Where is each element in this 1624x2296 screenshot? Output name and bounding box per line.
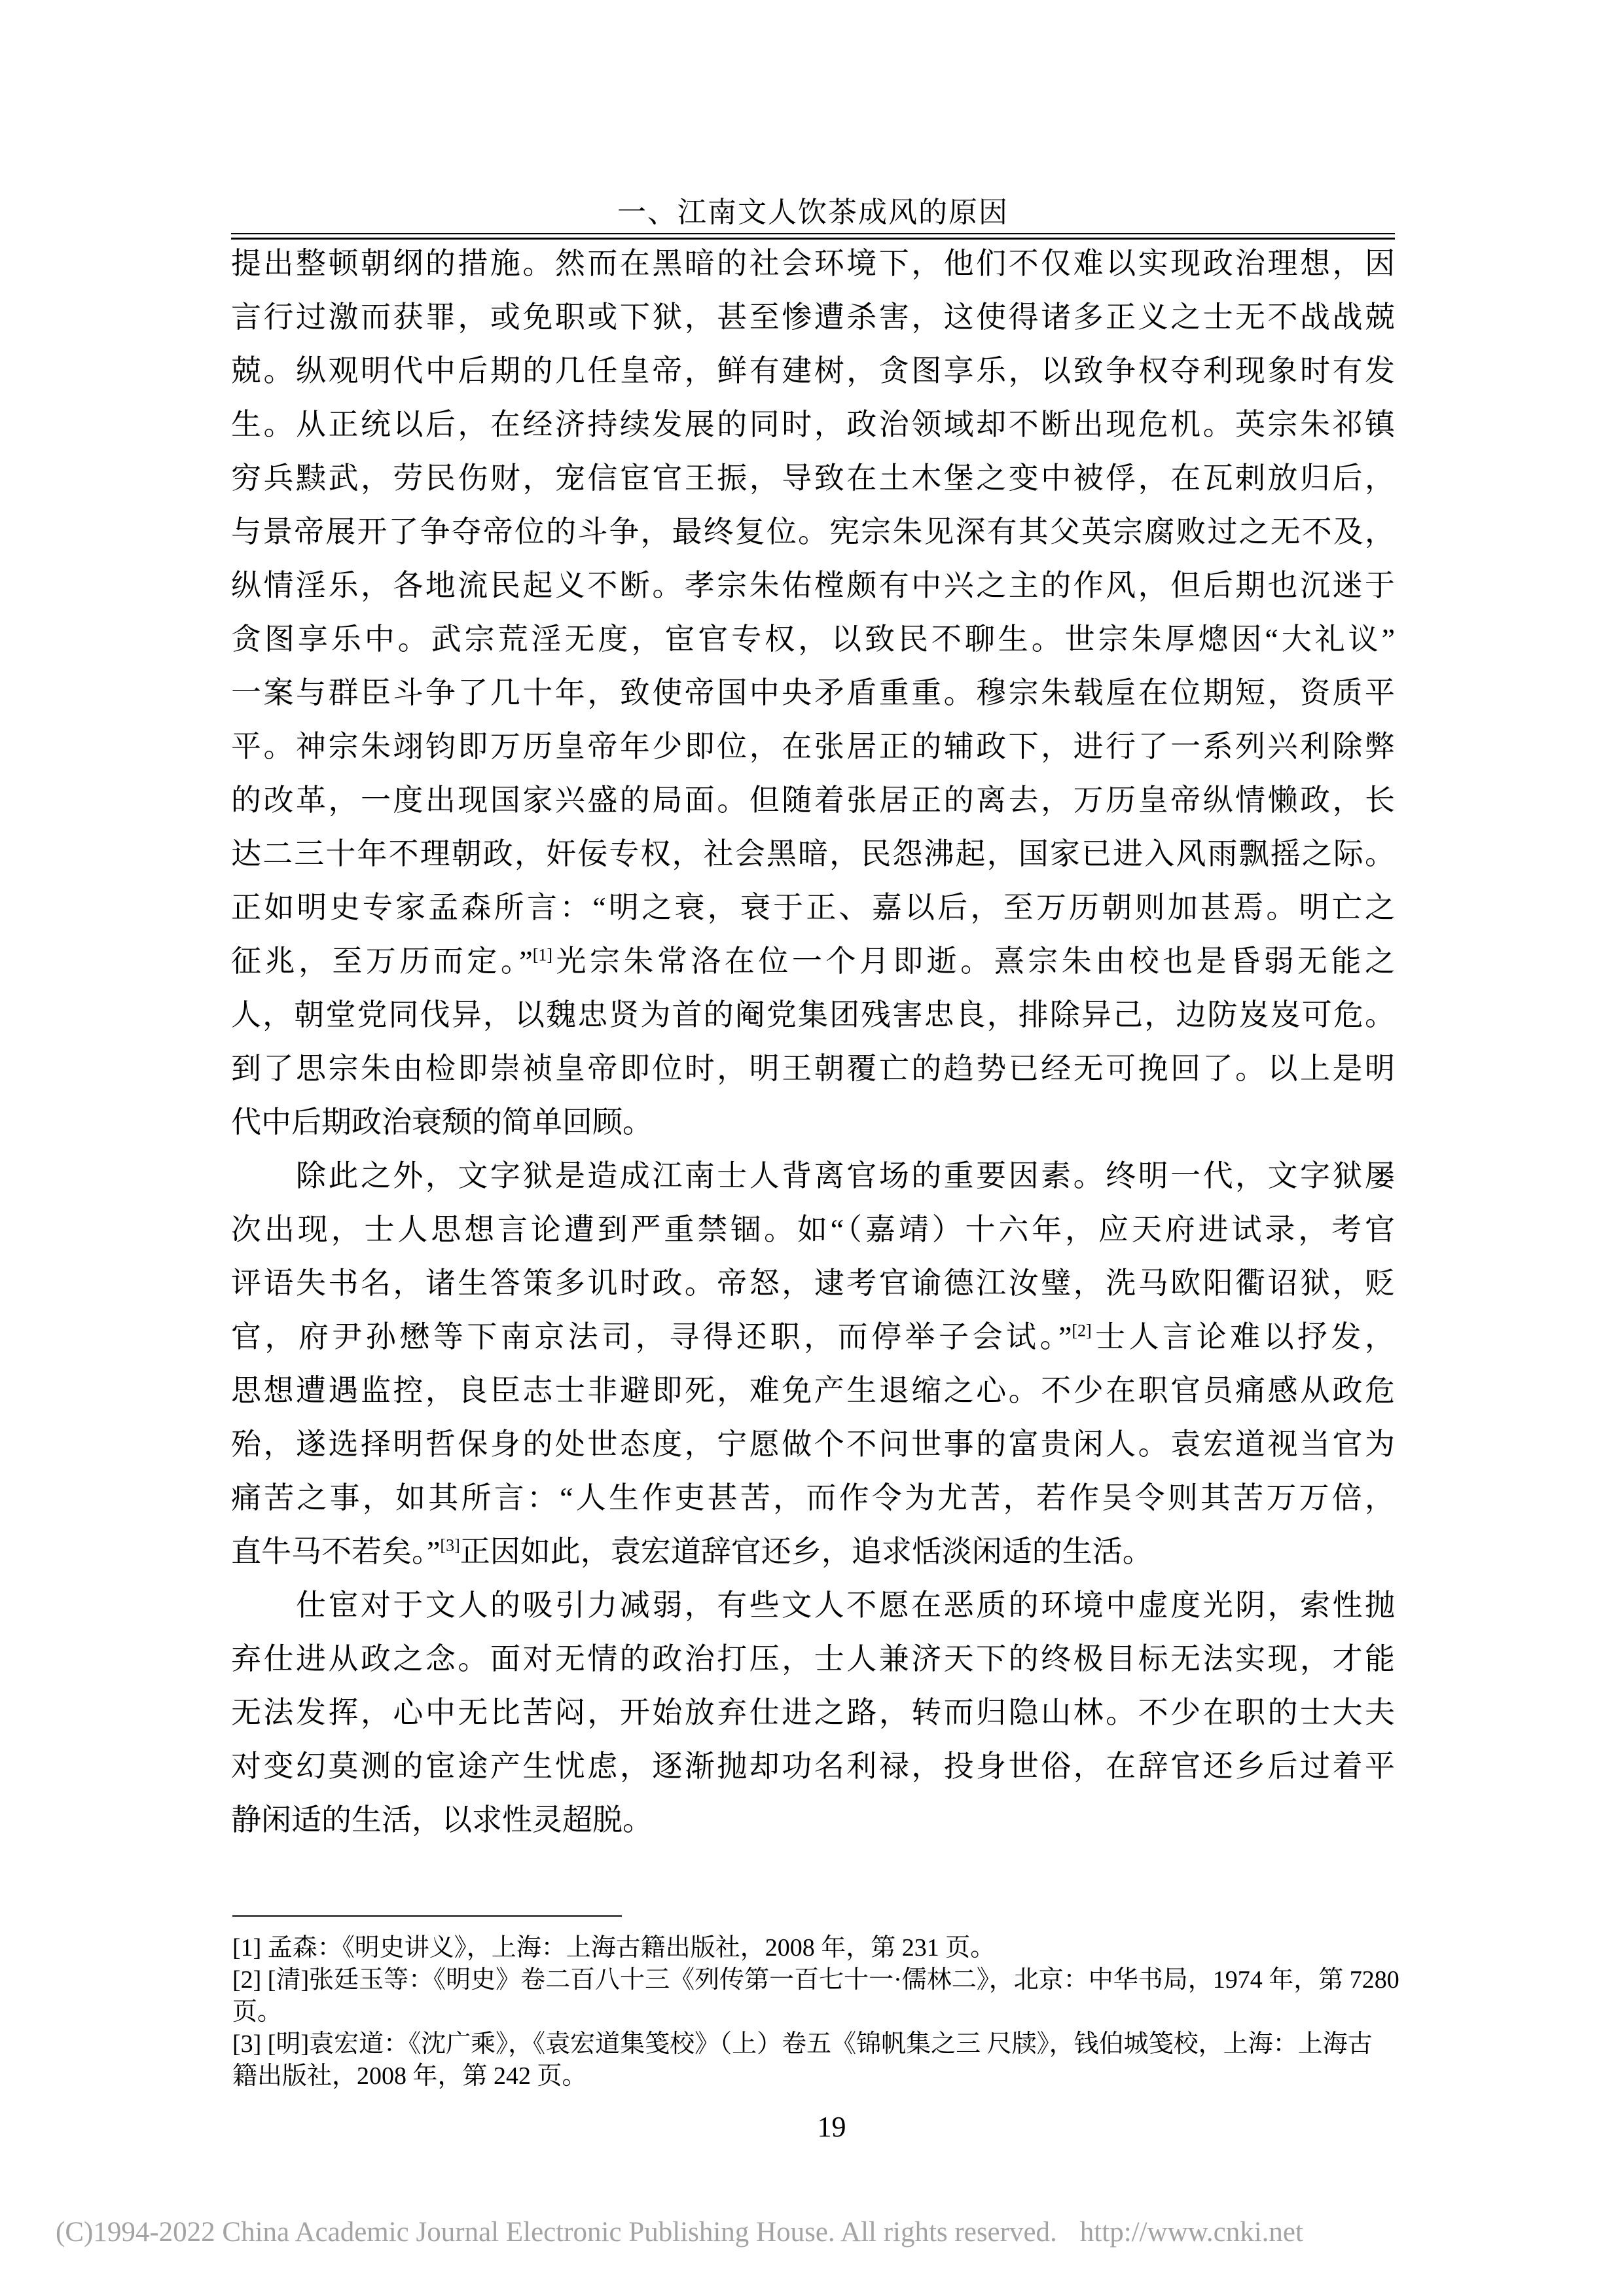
body-line: 思想遭遇监控，良臣志士非避即死，难免产生退缩之心。不少在职官员痛感从政危 [231, 1364, 1395, 1418]
footnote-line: [1] 孟森：《明史讲义》，上海：上海古籍出版社，2008 年，第 231 页。 [232, 1932, 1396, 1964]
body-line: 次出现，士人思想言论遭到严重禁锢。如“（嘉靖）十六年，应天府进试录，考官 [231, 1203, 1395, 1257]
body-line: 直牛马不若矣。”[3]正因如此，袁宏道辞官还乡，追求恬淡闲适的生活。 [231, 1525, 1395, 1579]
body-line: 兢。纵观明代中后期的几任皇帝，鲜有建树，贪图享乐，以致争权夺利现象时有发 [231, 344, 1395, 398]
body-line: 平。神宗朱翊钧即万历皇帝年少即位，在张居正的辅政下，进行了一系列兴利除弊 [231, 720, 1395, 774]
footnote-line: [3] [明]袁宏道：《沈广乘》，《袁宏道集笺校》（上）卷五《锦帆集之三 尺牍》… [232, 2028, 1396, 2060]
footnote-reference: [1] [533, 946, 552, 965]
footnotes: [1] 孟森：《明史讲义》，上海：上海古籍出版社，2008 年，第 231 页。… [232, 1932, 1396, 2092]
body-line: 痛苦之事，如其所言：“人生作吏甚苦，而作令为尤苦，若作吴令则其苦万万倍， [231, 1471, 1395, 1525]
body-line: 到了思宗朱由检即崇祯皇帝即位时，明王朝覆亡的趋势已经无可挽回了。以上是明 [231, 1042, 1395, 1096]
body-line: 提出整顿朝纲的措施。然而在黑暗的社会环境下，他们不仅难以实现政治理想，因 [231, 237, 1395, 291]
copyright-footer: (C)1994-2022 China Academic Journal Elec… [56, 2216, 1568, 2248]
body-line: 穷兵黩武，劳民伤财，宠信宦官王振，导致在土木堡之变中被俘，在瓦剌放归后， [231, 452, 1395, 505]
body-line: 弃仕进从政之念。面对无情的政治打压，士人兼济天下的终极目标无法实现，才能 [231, 1632, 1395, 1686]
body-line: 与景帝展开了争夺帝位的斗争，最终复位。宪宗朱见深有其父英宗腐败过之无不及， [231, 505, 1395, 559]
running-head: 一、江南文人饮茶成风的原因 [231, 195, 1395, 230]
body-line: 代中后期政治衰颓的简单回顾。 [231, 1096, 1395, 1149]
body-line: 除此之外，文字狱是造成江南士人背离官场的重要因素。终明一代，文字狱屡 [231, 1149, 1395, 1203]
body-line: 静闲适的生活，以求性灵超脱。 [231, 1793, 1395, 1847]
body-line: 言行过激而获罪，或免职或下狱，甚至惨遭杀害，这使得诸多正义之士无不战战兢 [231, 291, 1395, 344]
body-line: 征兆，至万历而定。”[1]光宗朱常洛在位一个月即逝。熹宗朱由校也是昏弱无能之 [231, 935, 1395, 988]
body-line: 人，朝堂党同伐异，以魏忠贤为首的阉党集团残害忠良，排除异己，边防岌岌可危。 [231, 988, 1395, 1042]
footnote-line: 籍出版社，2008 年，第 242 页。 [232, 2060, 1396, 2092]
footnote-line: [2] [清]张廷玉等：《明史》卷二百八十三《列传第一百七十一·儒林二》，北京：… [232, 1964, 1396, 1996]
body-line: 评语失书名，诸生答策多讥时政。帝怒，逮考官谕德江汝璧，洗马欧阳衢诏狱，贬 [231, 1257, 1395, 1310]
body-line: 的改革，一度出现国家兴盛的局面。但随着张居正的离去，万历皇帝纵情懒政，长 [231, 774, 1395, 827]
body-line: 一案与群臣斗争了几十年，致使帝国中央矛盾重重。穆宗朱载垕在位期短，资质平 [231, 666, 1395, 720]
body-line: 无法发挥，心中无比苦闷，开始放弃仕进之路，转而归隐山林。不少在职的士大夫 [231, 1686, 1395, 1740]
page-number: 19 [0, 2110, 1624, 2144]
body-line: 生。从正统以后，在经济持续发展的同时，政治领域却不断出现危机。英宗朱祁镇 [231, 398, 1395, 452]
body-line: 对变幻莫测的宦途产生忧虑，逐渐抛却功名利禄，投身世俗，在辞官还乡后过着平 [231, 1740, 1395, 1793]
body-line: 达二三十年不理朝政，奸佞专权，社会黑暗，民怨沸起，国家已进入风雨飘摇之际。 [231, 827, 1395, 881]
footnote-line: 页。 [232, 1996, 1396, 2028]
body-line: 官，府尹孙懋等下南京法司，寻得还职，而停举子会试。”[2]士人言论难以抒发， [231, 1310, 1395, 1364]
document-page: 一、江南文人饮茶成风的原因 提出整顿朝纲的措施。然而在黑暗的社会环境下，他们不仅… [0, 0, 1624, 2296]
footnote-separator [232, 1915, 622, 1917]
body-line: 贪图享乐中。武宗荒淫无度，宦官专权，以致民不聊生。世宗朱厚熜因“大礼议” [231, 613, 1395, 666]
footnote-reference: [2] [1072, 1321, 1091, 1340]
copyright-notice: (C)1994-2022 China Academic Journal Elec… [56, 2217, 1057, 2248]
body-line: 仕宦对于文人的吸引力减弱，有些文人不愿在恶质的环境中虚度光阴，索性抛 [231, 1579, 1395, 1632]
cnki-url: http://www.cnki.net [1080, 2217, 1303, 2248]
body-line: 正如明史专家孟森所言：“明之衰，衰于正、嘉以后，至万历朝则加甚焉。明亡之 [231, 881, 1395, 935]
body-text: 提出整顿朝纲的措施。然而在黑暗的社会环境下，他们不仅难以实现政治理想，因言行过激… [231, 237, 1395, 1847]
footnote-reference: [3] [440, 1536, 460, 1555]
body-line: 纵情淫乐，各地流民起义不断。孝宗朱佑樘颇有中兴之主的作风，但后期也沉迷于 [231, 559, 1395, 613]
body-line: 殆，遂选择明哲保身的处世态度，宁愿做个不问世事的富贵闲人。袁宏道视当官为 [231, 1418, 1395, 1471]
